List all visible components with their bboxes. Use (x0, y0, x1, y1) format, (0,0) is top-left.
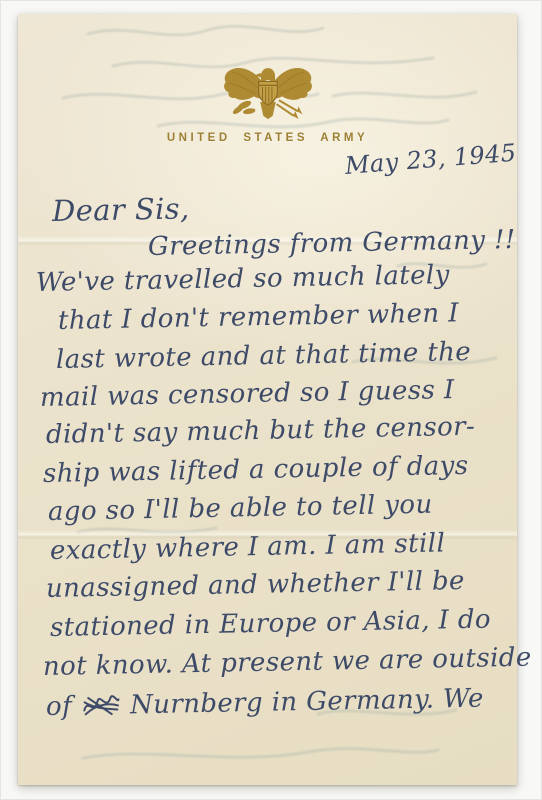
letter-line: stationed in Europe or Asia, I do (50, 605, 492, 643)
letter-paper: UNITED STATES ARMY May 23, 1945 Dear Sis… (18, 14, 517, 785)
censored-scribble (80, 691, 122, 720)
salutation: Dear Sis, (52, 191, 190, 228)
army-eagle-crest-icon (221, 61, 315, 127)
letter-line: that I don't remember when I (58, 298, 459, 336)
letterhead-title: UNITED STATES ARMY (18, 132, 517, 144)
letter-line: didn't say much but the censor- (46, 412, 476, 450)
last-line-prefix: of (46, 692, 73, 722)
letter-line: exactly where I am. I am still (50, 528, 446, 566)
letter-line: of Nurnberg in Germany. We (46, 684, 484, 722)
letter-line: mail was censored so I guess I (40, 375, 455, 413)
letter-photo: UNITED STATES ARMY May 23, 1945 Dear Sis… (0, 0, 542, 800)
letter-line: Greetings from Germany !! (148, 225, 516, 262)
letter-line: last wrote and at that time the (56, 337, 472, 375)
letter-line: unassigned and whether I'll be (46, 566, 465, 604)
last-line-text: Nurnberg in Germany. We (130, 684, 484, 721)
letter-line: ago so I'll be able to tell you (48, 490, 433, 527)
letter-line: We've travelled so much lately (36, 260, 450, 298)
letter-date: May 23, 1945 (344, 139, 517, 180)
letter-line: ship was lifted a couple of days (43, 451, 469, 489)
letter-line: not know. At present we are outside (43, 643, 532, 682)
